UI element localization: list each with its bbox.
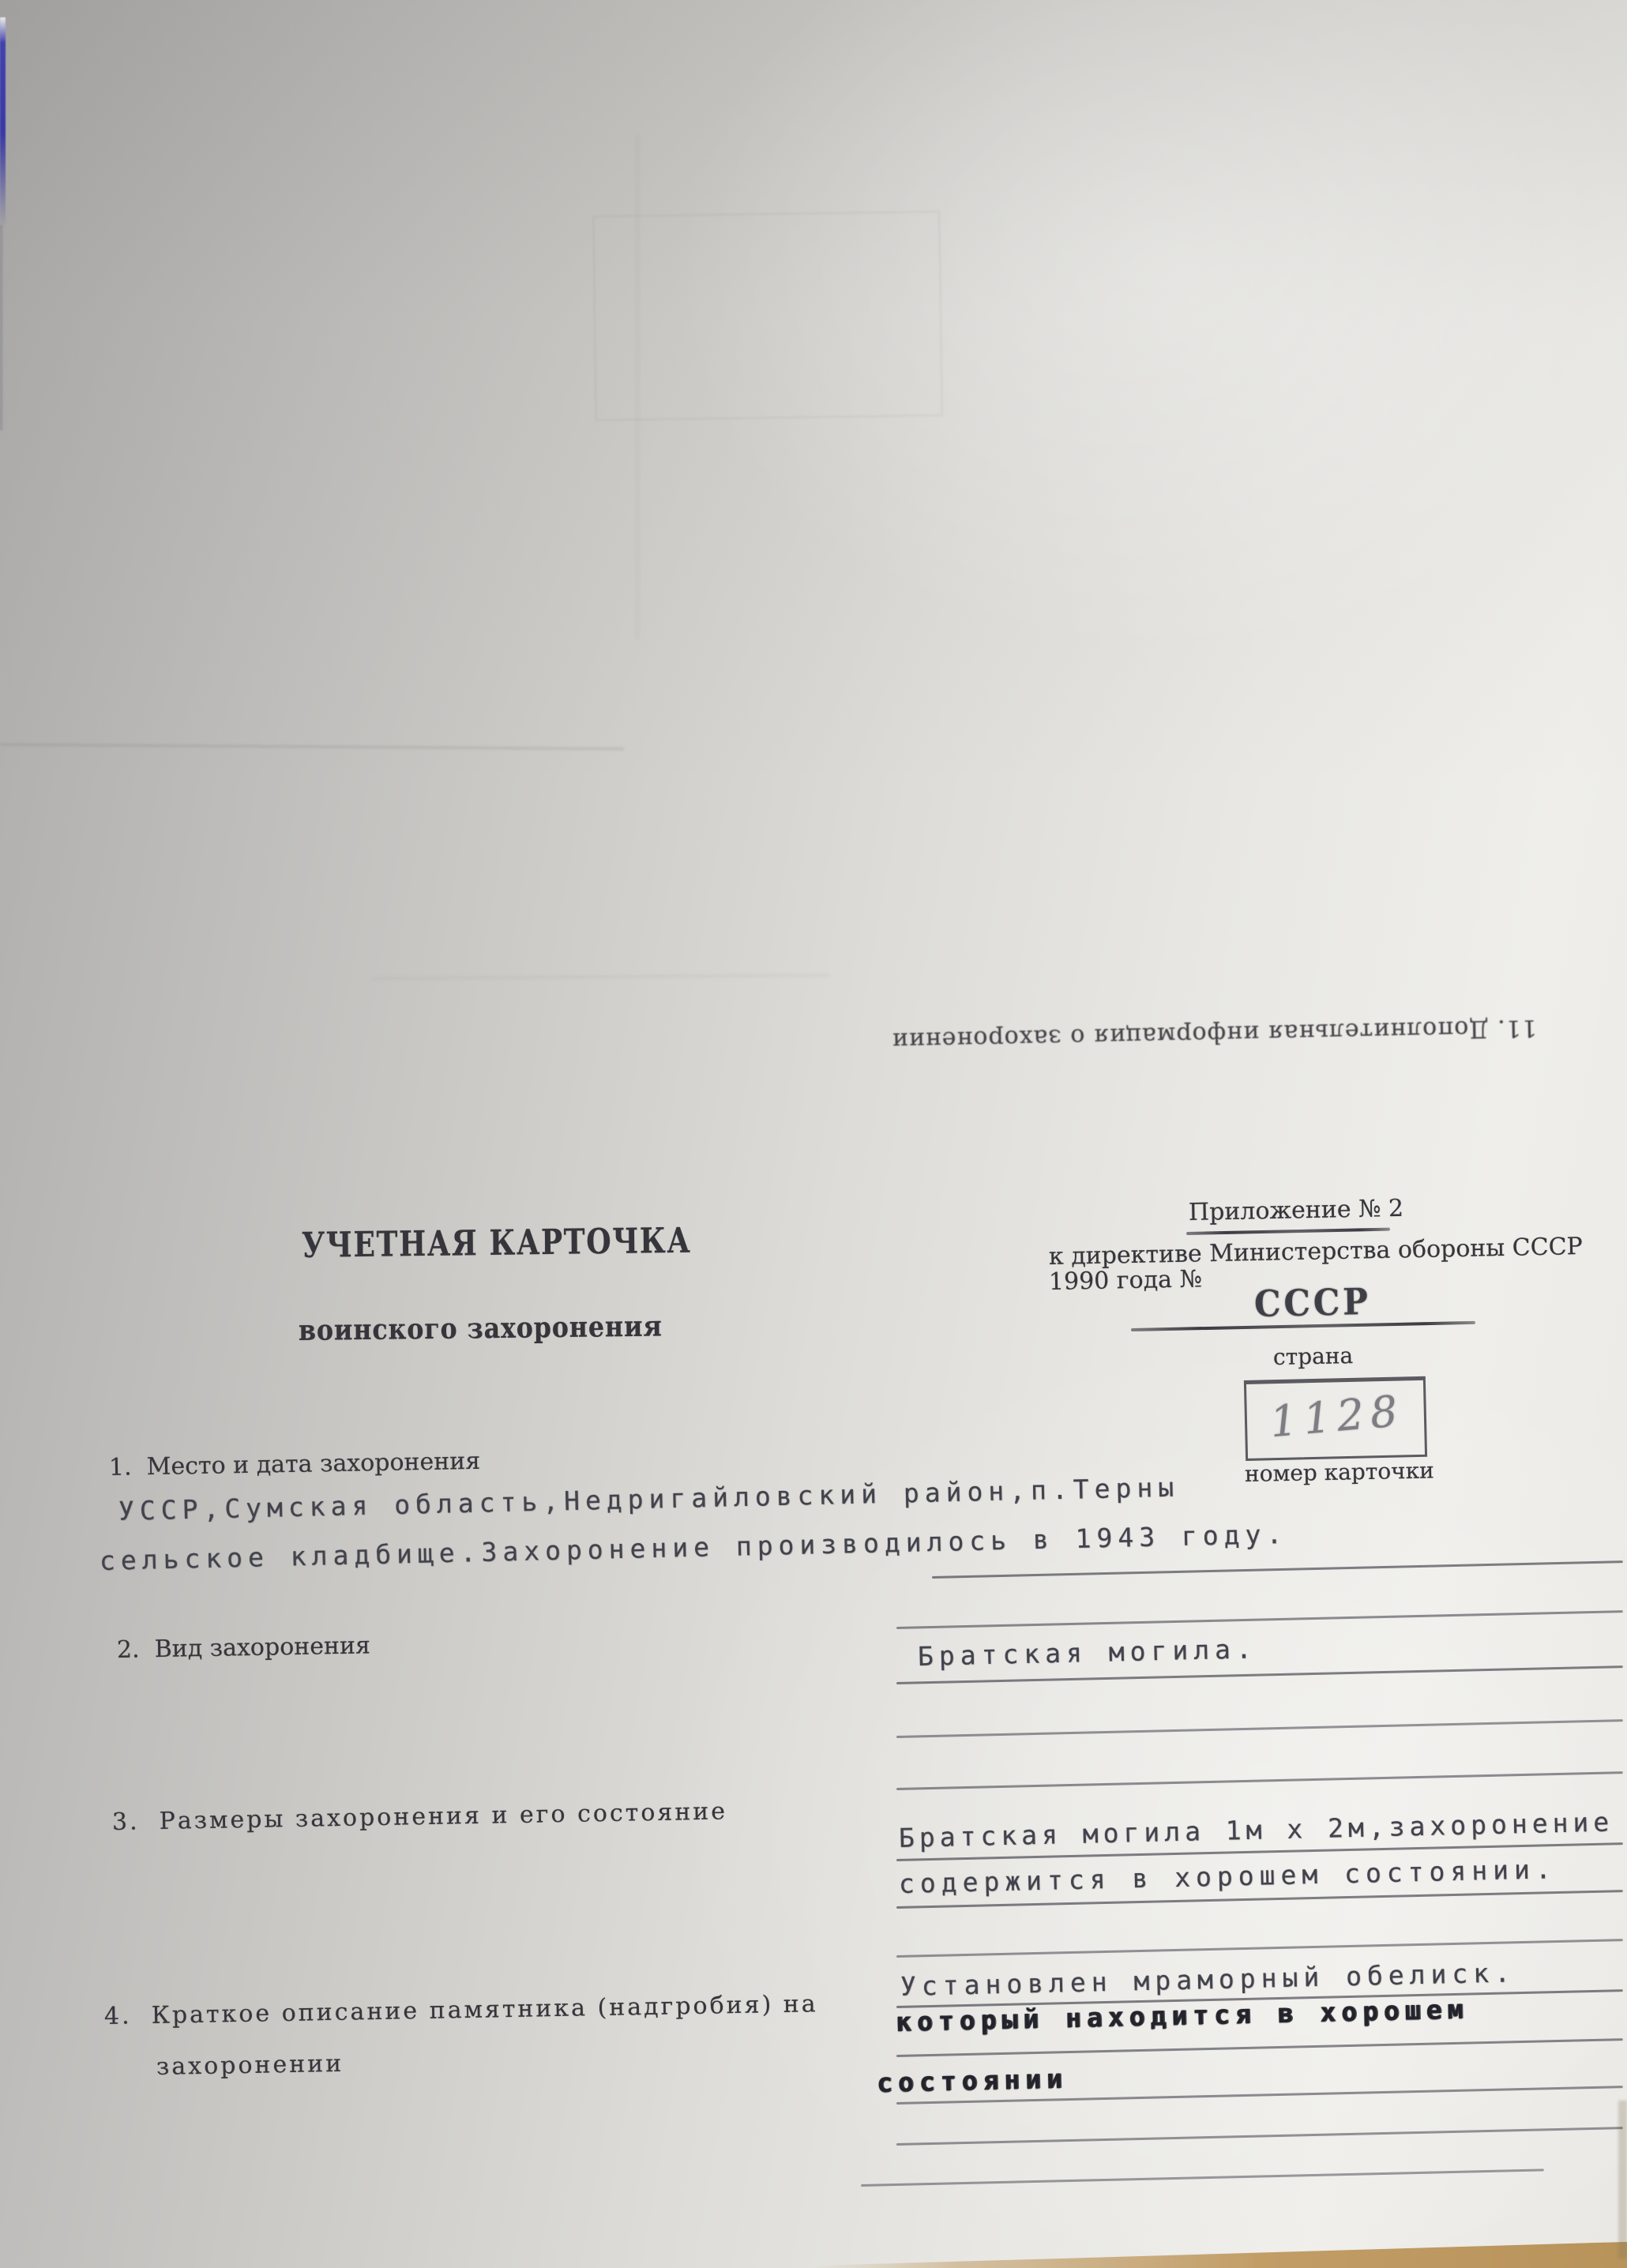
ruled-line bbox=[861, 2168, 1544, 2187]
field-4-label-text: Краткое описание памятника (надгробия) н… bbox=[151, 1990, 818, 2030]
appendix-underline bbox=[1186, 1228, 1390, 1235]
field-4-value-line-3: состоянии bbox=[877, 2063, 1069, 2098]
field-2-label: 2. Вид захоронения bbox=[117, 1632, 370, 1664]
field-4-label: 4. Краткое описание памятника (надгробия… bbox=[104, 1990, 818, 2030]
directive-line-1: к директиве Министерства обороны СССР bbox=[1049, 1233, 1583, 1271]
card-number-caption: номер карточки bbox=[1245, 1458, 1422, 1487]
scan-edge-artifact-right bbox=[1618, 2101, 1627, 2259]
paper-crease-horizontal-2 bbox=[371, 974, 829, 979]
paper-impression-box bbox=[592, 211, 943, 421]
ruled-line bbox=[896, 2038, 1623, 2057]
field-1-number: 1. bbox=[109, 1454, 132, 1481]
country-stamp: СССР bbox=[1254, 1280, 1372, 1325]
field-3-number: 3. bbox=[112, 1808, 140, 1836]
field-4-label-line-2: захоронении bbox=[156, 2050, 344, 2081]
appendix-note: Приложение № 2 bbox=[1189, 1195, 1404, 1226]
ruled-line bbox=[896, 1939, 1623, 1958]
country-label: страна bbox=[1273, 1342, 1354, 1370]
field-1-label-text: Место и дата захоронения bbox=[146, 1448, 480, 1481]
ruled-line bbox=[896, 2127, 1623, 2146]
reverse-side-note: 11. Дополнительная информация о захороне… bbox=[899, 1014, 1538, 1055]
document-page: 11. Дополнительная информация о захороне… bbox=[0, 0, 1627, 2268]
ruled-line bbox=[896, 1771, 1623, 1790]
field-4-number: 4. bbox=[104, 2002, 132, 2030]
scan-edge-artifact-left bbox=[0, 225, 2, 430]
ruled-line bbox=[932, 1560, 1623, 1579]
field-2-label-text: Вид захоронения bbox=[154, 1632, 370, 1663]
field-1-label: 1. Место и дата захоронения bbox=[109, 1448, 481, 1481]
scan-corner-tan bbox=[813, 2240, 1627, 2268]
scan-edge-artifact-blue bbox=[0, 17, 6, 229]
ruled-line bbox=[896, 1610, 1623, 1629]
field-1-value-line-1: УССР,Сумская область,Недригайловский рай… bbox=[118, 1472, 1180, 1526]
field-2-number: 2. bbox=[117, 1636, 140, 1664]
field-3-value-line-2: содержится в хорошем состоянии. bbox=[899, 1853, 1557, 1899]
field-3-label: 3. Размеры захоронения и его состояние bbox=[112, 1797, 728, 1836]
field-3-label-text: Размеры захоронения и его состояние bbox=[159, 1797, 727, 1835]
ruled-line bbox=[896, 1719, 1623, 1738]
form-title: УЧЕТНАЯ КАРТОЧКА bbox=[302, 1221, 692, 1266]
field-1-value-line-2: сельское кладбище.Захоронение производил… bbox=[100, 1519, 1288, 1576]
paper-crease-vertical bbox=[637, 134, 638, 640]
field-4-value-line-2: который находится в хорошем bbox=[896, 1994, 1469, 2037]
directive-line-2: 1990 года № bbox=[1049, 1265, 1203, 1296]
scan-photo: { "doc": { "reverse_note": "11. Дополнит… bbox=[0, 0, 1627, 2268]
field-2-value-line-1: Братская могила. bbox=[918, 1633, 1258, 1672]
paper-crease-horizontal bbox=[0, 743, 624, 750]
form-subtitle: воинского захоронения bbox=[299, 1310, 663, 1347]
